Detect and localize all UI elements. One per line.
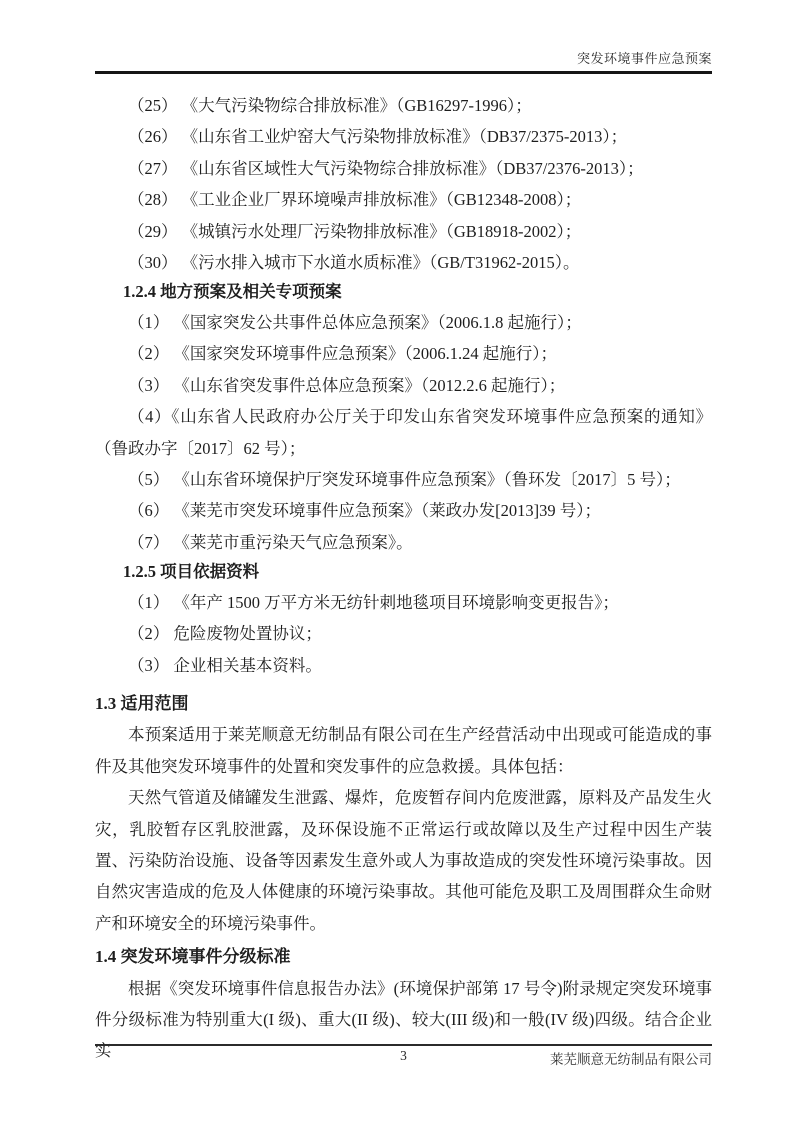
list-item-25: （25） 《大气污染物综合排放标准》（GB16297-1996）； (95, 90, 712, 121)
list-item-4: （4）《山东省人民政府办公厅关于印发山东省突发环境事件应急预案的通知》（鲁政办字… (95, 401, 712, 464)
section-heading-1-2-5: 1.2.5 项目依据资料 (95, 558, 712, 587)
list-item-2: （2） 《国家突发环境事件应急预案》（2006.1.24 起施行）； (95, 338, 712, 369)
paragraph-scope-1: 本预案适用于莱芜顺意无纺制品有限公司在生产经营活动中出现或可能造成的事件及其他突… (95, 719, 712, 782)
list-item-basis-2: （2） 危险废物处置协议； (95, 618, 712, 649)
page-header: 突发环境事件应急预案 (95, 48, 712, 74)
list-item-29: （29） 《城镇污水处理厂污染物排放标准》（GB18918-2002）； (95, 216, 712, 247)
document-page: 突发环境事件应急预案 （25） 《大气污染物综合排放标准》（GB16297-19… (0, 0, 800, 1131)
list-item-28: （28） 《工业企业厂界环境噪声排放标准》（GB12348-2008）； (95, 184, 712, 215)
list-item-27: （27） 《山东省区域性大气污染物综合排放标准》（DB37/2376-2013）… (95, 153, 712, 184)
paragraph-scope-2: 天然气管道及储罐发生泄露、爆炸，危废暂存间内危废泄露，原料及产品发生火灾，乳胶暂… (95, 782, 712, 939)
page-footer: 3 莱芜顺意无纺制品有限公司 (95, 1044, 712, 1068)
list-item-26: （26） 《山东省工业炉窑大气污染物排放标准》（DB37/2375-2013）； (95, 121, 712, 152)
section-heading-1-3: 1.3 适用范围 (95, 688, 712, 719)
list-item-30: （30） 《污水排入城市下水道水质标准》（GB/T31962-2015）。 (95, 247, 712, 278)
document-body: （25） 《大气污染物综合排放标准》（GB16297-1996）； （26） 《… (95, 90, 712, 1067)
list-item-basis-1: （1） 《年产 1500 万平方米无纺针刺地毯项目环境影响变更报告》； (95, 587, 712, 618)
footer-row: 3 莱芜顺意无纺制品有限公司 (95, 1046, 712, 1068)
list-item-5: （5） 《山东省环境保护厅突发环境事件应急预案》（鲁环发〔2017〕5 号）； (95, 464, 712, 495)
section-heading-1-4: 1.4 突发环境事件分级标准 (95, 941, 712, 972)
header-rule (95, 71, 712, 74)
list-item-basis-3: （3） 企业相关基本资料。 (95, 650, 712, 681)
list-item-6: （6） 《莱芜市突发环境事件应急预案》（莱政办发[2013]39 号）； (95, 495, 712, 526)
list-item-1: （1） 《国家突发公共事件总体应急预案》（2006.1.8 起施行）； (95, 307, 712, 338)
list-item-3: （3） 《山东省突发事件总体应急预案》（2012.2.6 起施行）； (95, 370, 712, 401)
page-number: 3 (95, 1048, 712, 1064)
section-heading-1-2-4: 1.2.4 地方预案及相关专项预案 (95, 278, 712, 307)
list-item-7: （7） 《莱芜市重污染天气应急预案》。 (95, 527, 712, 558)
header-title: 突发环境事件应急预案 (95, 48, 712, 67)
